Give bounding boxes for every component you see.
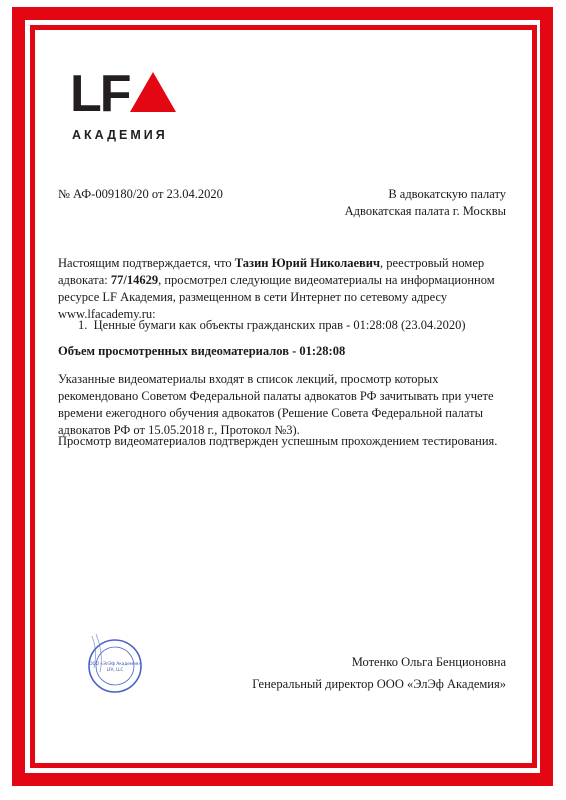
confirmation-text: Просмотр видеоматериалов подтвержден усп… (58, 433, 497, 450)
logo-subtitle: АКАДЕМИЯ (72, 128, 168, 142)
registry-number: 77/14629 (111, 273, 158, 287)
addressee-line-1: В адвокатскую палату (345, 186, 506, 203)
document-number: № АФ-009180/20 от 23.04.2020 (58, 186, 223, 203)
signer-name: Мотенко Ольга Бенционовна (352, 654, 506, 671)
person-name: Тазин Юрий Николаевич (235, 256, 380, 270)
signer-position: Генеральный директор ООО «ЭлЭф Академия» (252, 676, 506, 693)
intro-paragraph: Настоящим подтверждается, что Тазин Юрий… (58, 255, 498, 323)
item-text: Ценные бумаги как объекты гражданских пр… (94, 318, 466, 332)
addressee: В адвокатскую палату Адвокатская палата … (345, 186, 506, 220)
note-paragraph: Указанные видеоматериалы входят в список… (58, 371, 508, 439)
logo-triangle-icon (130, 72, 176, 112)
logo-letters: LF (70, 68, 130, 120)
item-number: 1. (78, 318, 87, 332)
svg-text:LFA, LLC: LFA, LLC (107, 667, 124, 672)
intro-prefix: Настоящим подтверждается, что (58, 256, 235, 270)
addressee-line-2: Адвокатская палата г. Москвы (345, 203, 506, 220)
lf-academy-logo: LF АКАДЕМИЯ (70, 66, 190, 146)
company-stamp-icon: ООО «ЭлЭф Академия» LFA, LLC (84, 632, 146, 694)
svg-text:ООО «ЭлЭф Академия»: ООО «ЭлЭф Академия» (89, 661, 141, 666)
total-duration: Объем просмотренных видеоматериалов - 01… (58, 343, 345, 360)
video-list-item: 1. Ценные бумаги как объекты гражданских… (78, 317, 466, 334)
